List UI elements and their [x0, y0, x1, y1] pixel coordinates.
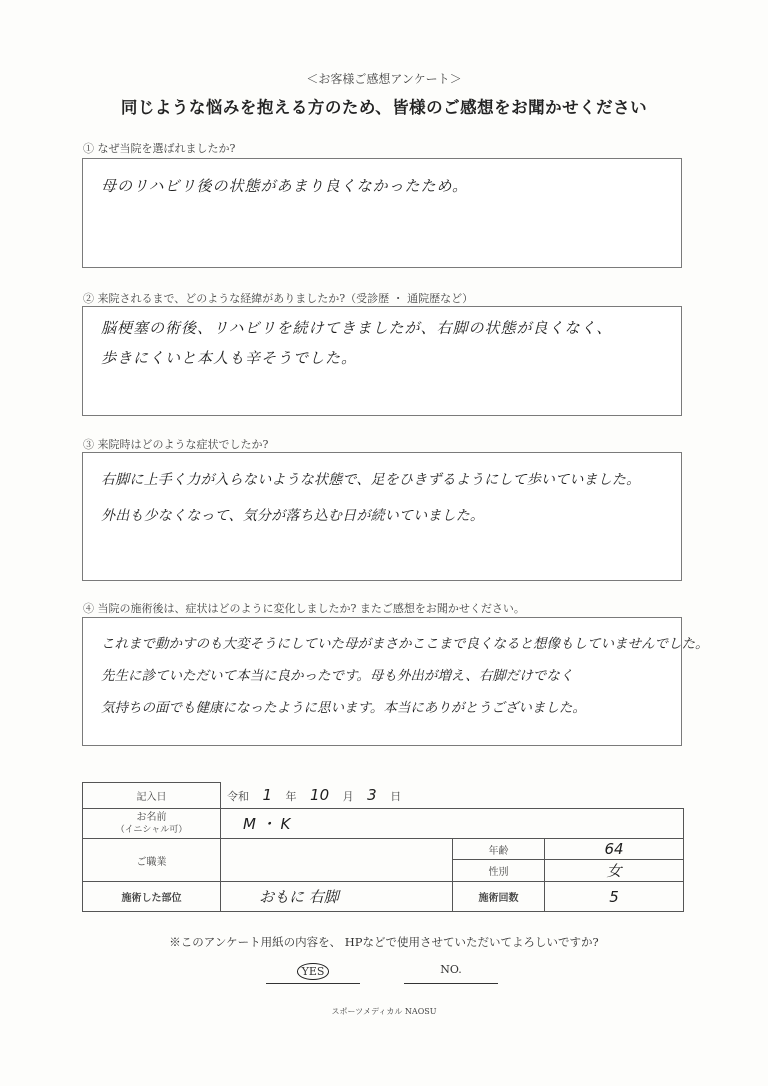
question-4-label: ④ 当院の施術後は、症状はどのように変化しましたか? またご感想をお聞かせくださ…	[83, 600, 525, 616]
answer-4-line-3: 気持ちの面でも健康になったように思います。本当にありがとうございました。	[101, 696, 586, 716]
respondent-info-table: 記入日 令和 1 年 10 月 3 日 お名前 （イニシャル可） M ・ K ご…	[82, 782, 684, 912]
answer-box-3: 右脚に上手く力が入らないような状態で、足をひきずるようにして歩いていました。 外…	[82, 452, 682, 581]
answer-3-line-2: 外出も少なくなって、気分が落ち込む日が続いていました。	[101, 505, 484, 525]
question-2-label: ② 来院されるまで、どのような経緯がありましたか?（受診歴 ・ 通院歴など）	[83, 290, 473, 306]
occupation-label: ご職業	[83, 839, 221, 882]
consent-question: ※このアンケート用紙の内容を、 HPなどで使用させていただいてよろしいですか?	[0, 934, 768, 950]
answer-2-line-1: 脳梗塞の術後、リハビリを続けてきましたが、右脚の状態が良くなく、	[101, 317, 612, 338]
question-1-label: ① なぜ当院を選ばれましたか?	[83, 140, 235, 156]
gender-label: 性別	[453, 860, 545, 882]
date-day: 3	[367, 786, 377, 804]
answer-4-line-1: これまで動かすのも大変そうにしていた母がまさかここまで良くなると想像もしていませ…	[101, 632, 709, 652]
answer-3-line-1: 右脚に上手く力が入らないような状態で、足をひきずるようにして歩いていました。	[101, 469, 640, 489]
date-month: 10	[310, 786, 329, 804]
name-sub-label: （イニシャル可）	[83, 824, 220, 836]
gender-value: 女	[545, 860, 684, 882]
clinic-name: スポーツメディカル NAOSU	[0, 1006, 768, 1017]
treated-area-value: おもに 右脚	[221, 882, 453, 912]
date-era: 令和	[227, 790, 249, 803]
name-label-cell: お名前 （イニシャル可）	[83, 809, 221, 839]
treated-area-label: 施術した部位	[83, 882, 221, 912]
answer-box-1: 母のリハビリ後の状態があまり良くなかったため。	[82, 158, 682, 268]
sessions-label: 施術回数	[453, 882, 545, 912]
date-month-unit: 月	[343, 790, 354, 803]
survey-subtitle: ＜お客様ご感想アンケート＞	[0, 70, 768, 87]
date-year: 1	[263, 786, 273, 804]
answer-box-2: 脳梗塞の術後、リハビリを続けてきましたが、右脚の状態が良くなく、 歩きにくいと本…	[82, 306, 682, 416]
answer-4-line-2: 先生に診ていただいて本当に良かったです。母も外出が増え、右脚だけでなく	[101, 664, 573, 684]
name-value: M ・ K	[221, 809, 684, 839]
age-value: 64	[545, 839, 684, 860]
date-label: 記入日	[83, 783, 221, 809]
age-label: 年齢	[453, 839, 545, 860]
no-label: NO.	[440, 963, 462, 976]
yes-selected-circle: YES	[297, 963, 330, 980]
survey-title: 同じような悩みを抱える方のため、皆様のご感想をお聞かせください	[0, 94, 768, 118]
name-label: お名前	[83, 812, 220, 824]
answer-2-line-2: 歩きにくいと本人も辛そうでした。	[101, 347, 357, 368]
yes-label: YES	[302, 965, 325, 978]
answer-1-line-1: 母のリハビリ後の状態があまり良くなかったため。	[101, 175, 468, 196]
answer-box-4: これまで動かすのも大変そうにしていた母がまさかここまで良くなると想像もしていませ…	[82, 617, 682, 746]
consent-no-option[interactable]: NO.	[404, 963, 498, 984]
occupation-value	[221, 839, 453, 882]
consent-yes-option[interactable]: YES	[266, 963, 360, 984]
sessions-value: 5	[545, 882, 684, 912]
date-field: 令和 1 年 10 月 3 日	[221, 783, 684, 809]
date-year-unit: 年	[286, 790, 297, 803]
date-day-unit: 日	[390, 790, 401, 803]
question-3-label: ③ 来院時はどのような症状でしたか?	[83, 436, 268, 452]
